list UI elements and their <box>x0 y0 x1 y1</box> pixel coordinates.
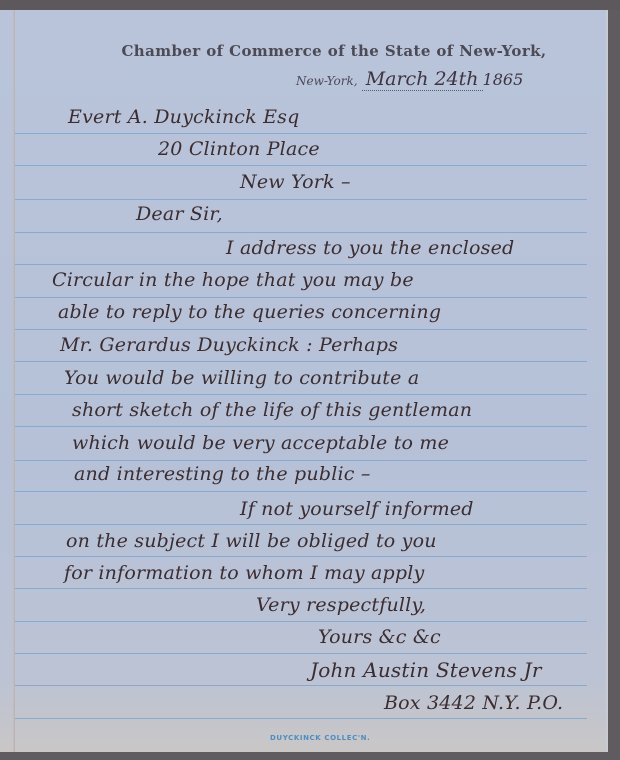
body-line: for information to whom I may apply <box>64 562 424 584</box>
dateline: New-York, March 24th1865 <box>296 68 523 90</box>
ruled-line <box>15 199 587 200</box>
sender-address: Box 3442 N.Y. P.O. <box>384 692 563 714</box>
ruled-line <box>15 524 587 525</box>
ruled-line <box>15 133 587 134</box>
ruled-line <box>15 653 587 654</box>
ruled-line <box>15 297 587 298</box>
body-line: able to reply to the queries concerning <box>58 301 441 323</box>
dateline-year: 1865 <box>483 70 524 89</box>
ruled-line <box>15 329 587 330</box>
recipient-street: 20 Clinton Place <box>158 138 320 160</box>
dateline-city: New-York, <box>296 74 358 88</box>
body-line: Mr. Gerardus Duyckinck : Perhaps <box>60 334 398 356</box>
body-line: Circular in the hope that you may be <box>52 269 414 291</box>
ruled-line <box>15 264 587 265</box>
recipient-name: Evert A. Duyckinck Esq <box>68 106 299 128</box>
ruled-line <box>15 588 587 589</box>
signature: John Austin Stevens Jr <box>310 658 542 682</box>
body-line: short sketch of the life of this gentlem… <box>72 399 472 421</box>
ruled-line <box>15 394 587 395</box>
ruled-line <box>15 426 587 427</box>
closing-yours: Yours &c &c <box>318 626 441 648</box>
ruled-line <box>15 460 587 461</box>
salutation: Dear Sir, <box>136 203 223 225</box>
letterhead-title: Chamber of Commerce of the State of New-… <box>0 42 608 60</box>
ruled-line <box>15 232 587 233</box>
closing: Very respectfully, <box>256 594 426 616</box>
ruled-line <box>15 491 587 492</box>
body-line: You would be willing to contribute a <box>64 367 419 389</box>
paper-fold-crease <box>13 10 15 752</box>
scan-background <box>0 0 620 10</box>
ruled-line <box>15 556 587 557</box>
ruled-line <box>15 685 587 686</box>
body-line: I address to you the enclosed <box>226 237 514 259</box>
body-line: which would be very acceptable to me <box>72 432 449 454</box>
body-line: If not yourself informed <box>240 498 474 520</box>
dateline-date: March 24th <box>362 68 483 91</box>
recipient-city: New York – <box>240 171 351 193</box>
ruled-line <box>15 361 587 362</box>
collection-stamp: DUYCKINCK COLLEC'N. <box>270 734 370 742</box>
body-line: and interesting to the public – <box>74 463 371 485</box>
ruled-line <box>15 718 587 719</box>
ruled-line <box>15 165 587 166</box>
ruled-line <box>15 621 587 622</box>
body-line: on the subject I will be obliged to you <box>66 530 437 552</box>
